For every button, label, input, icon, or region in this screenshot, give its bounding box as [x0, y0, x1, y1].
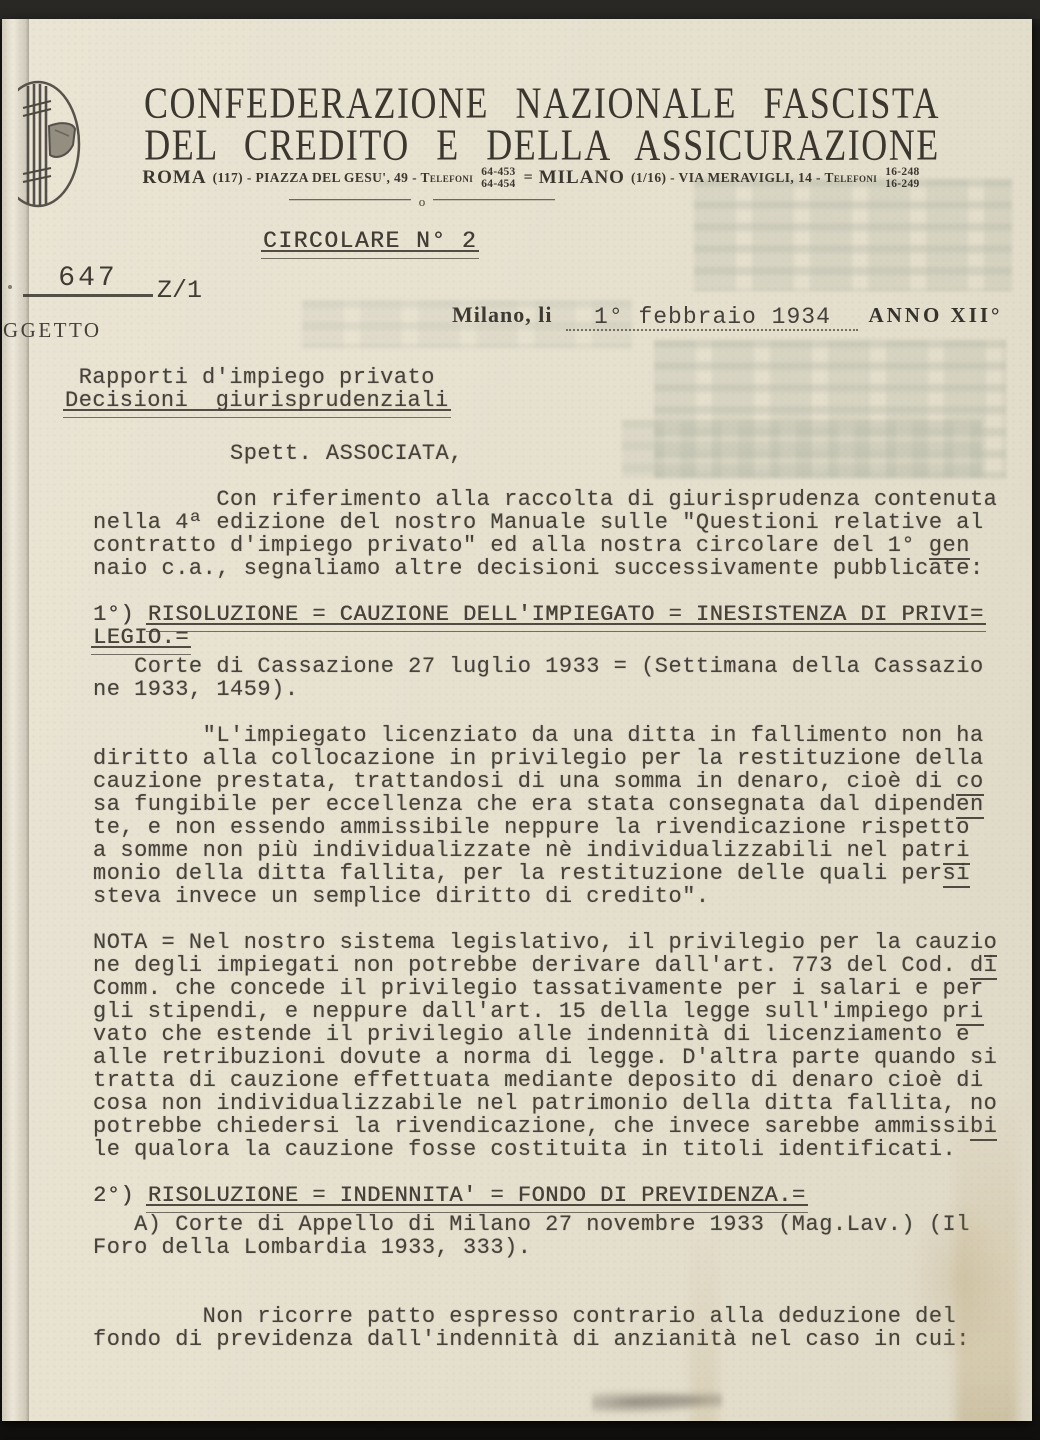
typewritten-line: te, e non essendo ammissibile neppure la…: [93, 816, 1031, 839]
typewritten-line: NOTA = Nel nostro sistema legislativo, i…: [93, 931, 1031, 954]
heading-underlined-text: LEGIO.=: [93, 625, 189, 650]
paper-stain: [690, 1230, 718, 1421]
text-segment: gli stipendi, e neppure dall'art. 15 del…: [93, 999, 956, 1024]
roma-label: ROMA: [142, 167, 206, 189]
typewritten-line: a somme non più individualizzate nè indi…: [93, 839, 1031, 862]
text-segment: diritto alla collocazione in privilegio …: [93, 746, 984, 771]
closing-paragraph: Non ricorre patto espresso contrario all…: [93, 1305, 1031, 1351]
text-segment: ne degli impiegati non potrebbe derivare…: [93, 953, 970, 978]
typewritten-line: sa fungibile per eccellenza che era stat…: [93, 793, 1031, 816]
typewritten-line: steva invece un semplice diritto di cred…: [93, 885, 1031, 908]
typewritten-line: diritto alla collocazione in privilegio …: [93, 747, 1031, 770]
text-segment: Non ricorre patto espresso contrario all…: [93, 1304, 956, 1329]
roma-address-detail: (117) - PIAZZA DEL GESU', 49 - Telefoni: [213, 170, 474, 186]
bleedthrough-text-ghost: [694, 179, 1012, 291]
text-segment: te, e non essendo ammissibile neppure la…: [93, 815, 970, 840]
nota-paragraph: NOTA = Nel nostro sistema legislativo, i…: [93, 931, 1031, 1161]
protocol-line-mark: [8, 285, 12, 289]
circular-number-heading: CIRCOLARE N° 2: [263, 228, 477, 254]
page-fold: [2, 19, 29, 1421]
place-label: Milano, li: [452, 302, 552, 328]
date-line: Milano, li 1° febbraio 1934 ANNO XII°: [452, 302, 1002, 331]
text-segment: fondo di previdenza dall'indennità di an…: [93, 1327, 970, 1352]
document-body: Spett. ASSOCIATA, Con riferimento alla r…: [93, 442, 1031, 1351]
paragraph-intro: Con riferimento alla raccolta di giurisp…: [93, 488, 1031, 580]
text-segment: monio della ditta fallita, per la restit…: [93, 861, 943, 886]
subject-block: Rapporti d'impiego privato Decisioni giu…: [65, 366, 449, 412]
scanned-document-background: CONFEDERAZIONE NAZIONALE FASCISTA DEL CR…: [0, 0, 1040, 1440]
typewritten-line: contratto d'impiego privato" ed alla nos…: [93, 534, 1031, 557]
text-segment: 1°): [93, 602, 148, 627]
typewritten-line: Foro della Lombardia 1933, 333).: [93, 1236, 1031, 1259]
typewritten-line: vato che estende il privilegio alle inde…: [93, 1023, 1031, 1046]
text-segment: NOTA = Nel nostro sistema legislativo, i…: [93, 930, 984, 955]
divider-line: [289, 199, 411, 200]
section-2-heading: 2°) RISOLUZIONE = INDENNITA' = FONDO DI …: [93, 1184, 1031, 1207]
typewritten-line: A) Corte di Appello di Milano 27 novembr…: [93, 1213, 1031, 1236]
text-segment: steva invece un semplice diritto di cred…: [93, 884, 710, 909]
text-segment: Con riferimento alla raccolta di giurisp…: [93, 487, 997, 512]
address-separator: =: [524, 169, 533, 187]
text-segment: naio c.a., segnaliamo altre decisioni su…: [93, 556, 984, 581]
typewritten-line: Corte di Cassazione 27 luglio 1933 = (Se…: [93, 655, 1031, 678]
milano-address-detail: (1/16) - VIA MERAVIGLI, 14 - Telefoni: [631, 170, 877, 186]
typewritten-line: Comm. che concede il privilegio tassativ…: [93, 977, 1031, 1000]
typewritten-line: tratta di cauzione effettuata mediante d…: [93, 1069, 1031, 1092]
text-segment: cosa non individualizzabile nel patrimon…: [93, 1091, 997, 1116]
citation-2: A) Corte di Appello di Milano 27 novembr…: [93, 1213, 1031, 1259]
document-page: CONFEDERAZIONE NAZIONALE FASCISTA DEL CR…: [2, 19, 1032, 1421]
typewritten-line: alle retribuzioni dovute a norma di legg…: [93, 1046, 1031, 1069]
subject-line-1: Rapporti d'impiego privato: [65, 366, 449, 389]
text-segment: sa fungibile per eccellenza che era stat…: [93, 792, 956, 817]
typewritten-line: cauzione prestata, trattandosi di una so…: [93, 770, 1031, 793]
divider-line: [433, 199, 555, 200]
milano-label: MILANO: [539, 167, 625, 189]
typewritten-line: potrebbe chiedersi la rivendicazione, ch…: [93, 1115, 1031, 1138]
protocol-number: 647: [58, 263, 117, 294]
typewritten-line: naio c.a., segnaliamo altre decisioni su…: [93, 557, 1031, 580]
letterhead-divider: o: [289, 191, 555, 207]
text-segment: contratto d'impiego privato" ed alla nos…: [93, 533, 929, 558]
section-1-heading: 1°) RISOLUZIONE = CAUZIONE DELL'IMPIEGAT…: [93, 603, 1031, 649]
heading-underlined-text: RISOLUZIONE = CAUZIONE DELL'IMPIEGATO = …: [148, 602, 984, 627]
protocol-number-field: 647: [23, 250, 153, 297]
typewritten-line: gli stipendi, e neppure dall'art. 15 del…: [93, 1000, 1031, 1023]
text-segment: vato che estende il privilegio alle inde…: [93, 1022, 970, 1047]
typewritten-line: nella 4ª edizione del nostro Manuale sul…: [93, 511, 1031, 534]
typewritten-line: Non ricorre patto espresso contrario all…: [93, 1305, 1031, 1328]
text-segment: 2°): [93, 1183, 148, 1208]
fasces-logo: [18, 75, 84, 213]
typewritten-line: Spett. ASSOCIATA,: [93, 442, 1031, 465]
heading-underlined-text: RISOLUZIONE = INDENNITA' = FONDO DI PREV…: [148, 1183, 806, 1208]
typewritten-line: ne degli impiegati non potrebbe derivare…: [93, 954, 1031, 977]
scan-top-edge: [0, 0, 1040, 19]
text-segment: Corte di Cassazione 27 luglio 1933 = (Se…: [93, 654, 984, 679]
text-segment: a somme non più individualizzate nè indi…: [93, 838, 943, 863]
text-segment: "L'impiegato licenziato da una ditta in …: [93, 723, 984, 748]
text-segment: nella 4ª edizione del nostro Manuale sul…: [93, 510, 984, 535]
oggetto-label: GGETTO: [3, 318, 102, 343]
protocol-suffix: Z/1: [157, 276, 202, 305]
divider-ornament: o: [419, 194, 426, 210]
typed-date: 1° febbraio 1934: [594, 304, 831, 330]
typewritten-line: ne 1933, 1459).: [93, 678, 1031, 701]
text-segment: si: [943, 861, 970, 888]
typewritten-line: cosa non individualizzabile nel patrimon…: [93, 1092, 1031, 1115]
typewritten-line: 1°) RISOLUZIONE = CAUZIONE DELL'IMPIEGAT…: [93, 603, 1031, 626]
letterhead-title-line2: DEL CREDITO E DELLA ASSICURAZIONE: [100, 119, 984, 170]
text-segment: A) Corte di Appello di Milano 27 novembr…: [93, 1212, 970, 1237]
text-segment: ne 1933, 1459).: [93, 677, 299, 702]
typewritten-line: fondo di previdenza dall'indennità di an…: [93, 1328, 1031, 1351]
citation-1: Corte di Cassazione 27 luglio 1933 = (Se…: [93, 655, 1031, 701]
salutation: Spett. ASSOCIATA,: [93, 442, 1031, 465]
date-underline: 1° febbraio 1934: [566, 303, 858, 331]
text-segment: Foro della Lombardia 1933, 333).: [93, 1235, 531, 1260]
text-segment: tratta di cauzione effettuata mediante d…: [93, 1068, 984, 1093]
paper-stain: [909, 1200, 1004, 1360]
milano-phone-numbers: 16-248 16-249: [885, 166, 919, 190]
letterhead-address-line: ROMA (117) - PIAZZA DEL GESU', 49 - Tele…: [90, 166, 974, 190]
text-segment: le qualora la cauzione fosse costituita …: [93, 1137, 956, 1162]
text-segment: alle retribuzioni dovute a norma di legg…: [93, 1045, 997, 1070]
text-segment: Spett. ASSOCIATA,: [93, 441, 463, 466]
typewritten-line: monio della ditta fallita, per la restit…: [93, 862, 1031, 885]
typewritten-line: 2°) RISOLUZIONE = INDENNITA' = FONDO DI …: [93, 1184, 1031, 1207]
roma-phone-numbers: 64-453 64-454: [481, 166, 515, 190]
quotation-1: "L'impiegato licenziato da una ditta in …: [93, 724, 1031, 908]
text-segment: potrebbe chiedersi la rivendicazione, ch…: [93, 1114, 970, 1139]
typewritten-line: "L'impiegato licenziato da una ditta in …: [93, 724, 1031, 747]
typewritten-line: Con riferimento alla raccolta di giurisp…: [93, 488, 1031, 511]
subject-line-2: Decisioni giurisprudenziali: [65, 389, 449, 412]
text-segment: Comm. che concede il privilegio tassativ…: [93, 976, 984, 1001]
text-segment: cauzione prestata, trattandosi di una so…: [93, 769, 956, 794]
typewritten-line: le qualora la cauzione fosse costituita …: [93, 1138, 1031, 1161]
fascist-year-label: ANNO XII°: [868, 303, 1002, 328]
